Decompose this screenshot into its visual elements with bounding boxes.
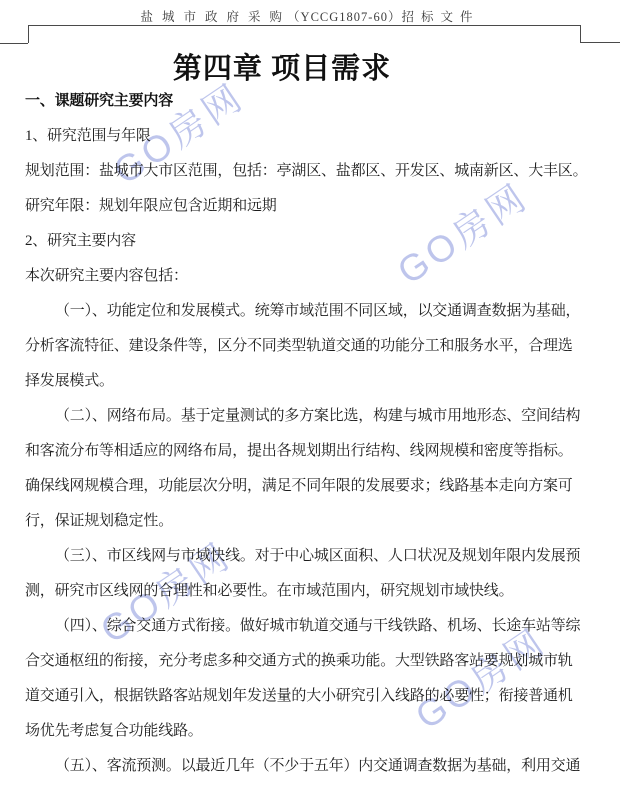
paragraph-line: （四）、综合交通方式衔接。做好城市轨道交通与干线铁路、机场、长途车站等综: [25, 609, 585, 644]
document-body: 一、课题研究主要内容 1、研究范围与年限 规划范围：盐城市大市区范围，包括：亭湖…: [25, 84, 585, 784]
border-notch-right-vertical: [580, 25, 581, 42]
paragraph-line: 测，研究市区线网的合理性和必要性。在市域范围内，研究规划市域快线。: [25, 574, 585, 609]
paragraph-line: （一）、功能定位和发展模式。统筹市域范围不同区域，以交通调查数据为基础，: [25, 294, 585, 329]
header-doc-type: 招标文件: [401, 10, 479, 24]
paragraph-line: （三）、市区线网与市域快线。对于中心城区面积、人口状况及规划年限内发展预: [25, 539, 585, 574]
border-notch-right-horizontal: [580, 42, 620, 43]
header-doc-code: （YCCG1807-60）: [287, 10, 401, 24]
paragraph-line: 合交通枢纽的衔接，充分考虑多种交通方式的换乘功能。大型铁路客站要规划城市轨: [25, 644, 585, 679]
paragraph-line: 研究年限：规划年限应包含近期和远期: [25, 189, 585, 224]
paragraph-line: 场优先考虑复合功能线路。: [25, 714, 585, 749]
chapter-title: 第四章 项目需求: [0, 46, 584, 87]
border-notch-left-horizontal: [0, 43, 28, 44]
paragraph-line: 2、研究主要内容: [25, 224, 585, 259]
header-rule: [28, 25, 580, 26]
paragraph-line: 择发展模式。: [25, 364, 585, 399]
paragraph-line: 道交通引入，根据铁路客站规划年发送量的大小研究引入线路的必要性；衔接普通机: [25, 679, 585, 714]
paragraph-line: 行，保证规划稳定性。: [25, 504, 585, 539]
paragraph-line: 规划范围：盐城市大市区范围，包括：亭湖区、盐都区、开发区、城南新区、大丰区。: [25, 154, 585, 189]
section-heading: 一、课题研究主要内容: [25, 84, 585, 119]
border-notch-left-vertical: [28, 25, 29, 43]
paragraph-line: 分析客流特征、建设条件等，区分不同类型轨道交通的功能分工和服务水平，合理选: [25, 329, 585, 364]
paragraph-line: 确保线网规模合理，功能层次分明，满足不同年限的发展要求；线路基本走向方案可: [25, 469, 585, 504]
paragraph-line: 1、研究范围与年限: [25, 119, 585, 154]
paragraph-line: 本次研究主要内容包括：: [25, 259, 585, 294]
header-agency: 盐城市政府采购: [141, 10, 292, 24]
paragraph-line: 和客流分布等相适应的网络布局，提出各规划期出行结构、线网规模和密度等指标。: [25, 434, 585, 469]
paragraph-line: （二）、网络布局。基于定量测试的多方案比选，构建与城市用地形态、空间结构: [25, 399, 585, 434]
paragraph-line: （五）、客流预测。以最近几年（不少于五年）内交通调查数据为基础，利用交通: [25, 749, 585, 784]
page-header: 盐城市政府采购（YCCG1807-60）招标文件: [0, 7, 620, 25]
